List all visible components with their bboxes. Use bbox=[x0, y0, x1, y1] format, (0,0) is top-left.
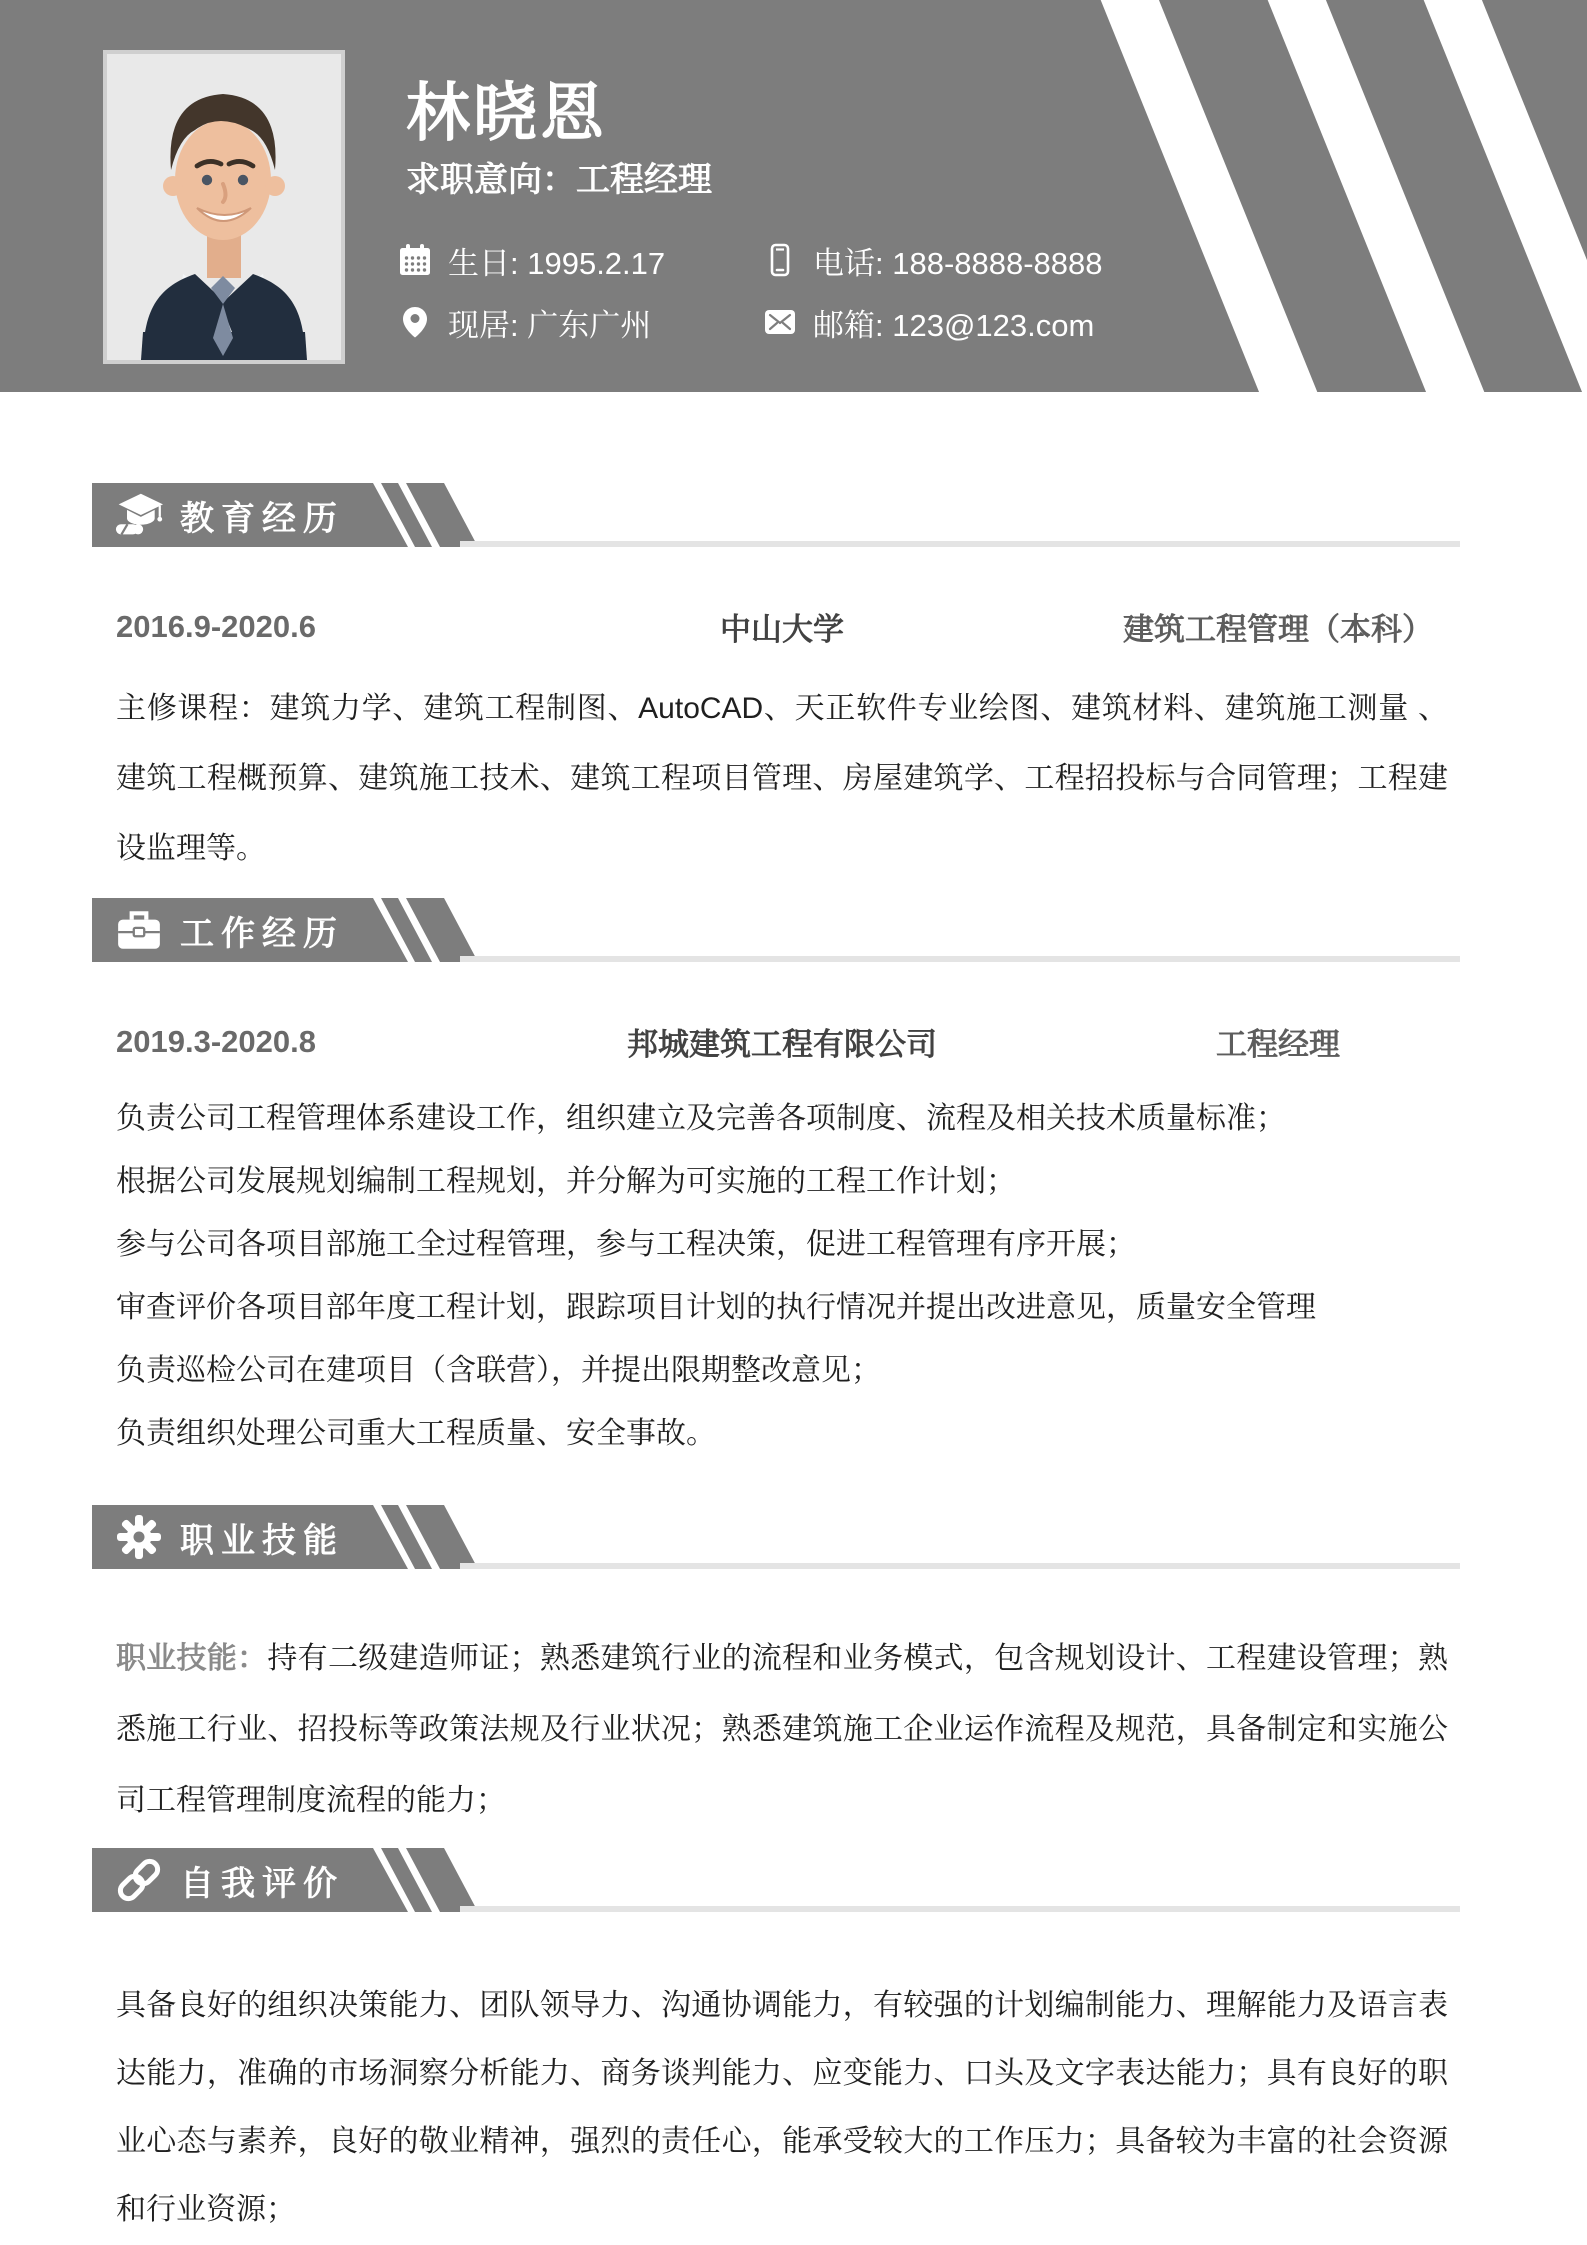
banner-shape: 工作经历 bbox=[92, 898, 408, 962]
contact-phone: 电话: 188-8888-8888 bbox=[763, 238, 1103, 282]
section-skills: 职业技能 职业技能：持有二级建造师证；熟悉建筑行业的流程和业务模式，包含规划设计… bbox=[0, 1505, 1587, 1836]
contact-text: 生日: 1995.2.17 bbox=[448, 238, 665, 283]
graduation-cap-icon bbox=[114, 490, 164, 540]
work-company: 邦城建筑工程有限公司 bbox=[456, 1019, 1108, 1064]
work-entry: 2019.3-2020.8 邦城建筑工程有限公司 工程经理 bbox=[116, 1019, 1587, 1063]
profile-photo bbox=[103, 50, 345, 364]
banner-shape: 教育经历 bbox=[92, 483, 408, 547]
education-entry: 2016.9-2020.6 中山大学 建筑工程管理（本科） bbox=[116, 604, 1587, 648]
contact-text: 电话: 188-8888-8888 bbox=[813, 238, 1103, 283]
section-self-evaluation: 自我评价 具备良好的组织决策能力、团队领导力、沟通协调能力，有较强的计划编制能力… bbox=[0, 1848, 1587, 2244]
portrait-illustration bbox=[107, 54, 341, 360]
banner-divider-line bbox=[460, 541, 1460, 547]
gear-icon bbox=[114, 1512, 164, 1562]
banner-divider-line bbox=[460, 1906, 1460, 1912]
work-banner: 工作经历 bbox=[92, 898, 1587, 962]
contact-location: 现居: 广东广州 bbox=[398, 300, 763, 344]
header: 林晓恩 求职意向：工程经理 生日: 1995.2.17 bbox=[0, 0, 1587, 392]
contact-email: 邮箱: 123@123.com bbox=[763, 300, 1103, 344]
section-title: 工作经历 bbox=[180, 906, 344, 955]
skills-text: 持有二级建造师证；熟悉建筑行业的流程和业务模式，包含规划设计、工程建设管理；熟悉… bbox=[116, 1642, 1448, 1817]
duty-item: 负责巡检公司在建项目（含联营），并提出限期整改意见； bbox=[116, 1339, 1587, 1402]
banner-shape: 职业技能 bbox=[92, 1505, 408, 1569]
briefcase-icon bbox=[114, 905, 164, 955]
duty-item: 根据公司发展规划编制工程规划，并分解为可实施的工程工作计划； bbox=[116, 1150, 1587, 1213]
skills-lead-label: 职业技能： bbox=[116, 1642, 267, 1675]
education-major: 建筑工程管理（本科） bbox=[1108, 604, 1448, 649]
candidate-name: 林晓恩 bbox=[406, 62, 607, 154]
section-education: 教育经历 2016.9-2020.6 中山大学 建筑工程管理（本科） 主修课程：… bbox=[0, 483, 1587, 884]
duty-item: 审查评价各项目部年度工程计划，跟踪项目计划的执行情况并提出改进意见，质量安全管理 bbox=[116, 1276, 1587, 1339]
duty-item: 负责公司工程管理体系建设工作，组织建立及完善各项制度、流程及相关技术质量标准； bbox=[116, 1087, 1587, 1150]
work-title: 工程经理 bbox=[1108, 1019, 1448, 1064]
education-period: 2016.9-2020.6 bbox=[116, 609, 456, 645]
self-evaluation-banner: 自我评价 bbox=[92, 1848, 1587, 1912]
calendar-icon bbox=[398, 243, 432, 277]
link-icon bbox=[114, 1855, 164, 1905]
email-icon bbox=[763, 305, 797, 339]
work-period: 2019.3-2020.8 bbox=[116, 1024, 456, 1060]
section-title: 职业技能 bbox=[180, 1513, 344, 1562]
self-evaluation-paragraph: 具备良好的组织决策能力、团队领导力、沟通协调能力，有较强的计划编制能力、理解能力… bbox=[116, 1972, 1448, 2244]
duty-item: 负责组织处理公司重大工程质量、安全事故。 bbox=[116, 1402, 1587, 1465]
education-school: 中山大学 bbox=[456, 604, 1108, 649]
skills-paragraph: 职业技能：持有二级建造师证；熟悉建筑行业的流程和业务模式，包含规划设计、工程建设… bbox=[116, 1623, 1448, 1836]
resume-page: 林晓恩 求职意向：工程经理 生日: 1995.2.17 bbox=[0, 0, 1587, 2245]
contact-grid: 生日: 1995.2.17 电话: 188-8888-8888 现居: 广东广州 bbox=[398, 238, 1103, 344]
duty-item: 参与公司各项目部施工全过程管理，参与工程决策，促进工程管理有序开展； bbox=[116, 1213, 1587, 1276]
location-icon bbox=[398, 305, 432, 339]
section-title: 教育经历 bbox=[180, 491, 344, 540]
education-courses: 主修课程：建筑力学、建筑工程制图、AutoCAD、天正软件专业绘图、建筑材料、建… bbox=[116, 674, 1448, 884]
phone-icon bbox=[763, 243, 797, 277]
section-work: 工作经历 2019.3-2020.8 邦城建筑工程有限公司 工程经理 负责公司工… bbox=[0, 898, 1587, 1465]
contact-birthday: 生日: 1995.2.17 bbox=[398, 238, 763, 282]
contact-text: 邮箱: 123@123.com bbox=[813, 300, 1094, 345]
resume-body: 教育经历 2016.9-2020.6 中山大学 建筑工程管理（本科） 主修课程：… bbox=[0, 483, 1587, 2244]
education-banner: 教育经历 bbox=[92, 483, 1587, 547]
banner-shape: 自我评价 bbox=[92, 1848, 408, 1912]
work-duties: 负责公司工程管理体系建设工作，组织建立及完善各项制度、流程及相关技术质量标准； … bbox=[0, 1087, 1587, 1465]
section-title: 自我评价 bbox=[180, 1856, 344, 1905]
banner-divider-line bbox=[460, 1563, 1460, 1569]
contact-text: 现居: 广东广州 bbox=[448, 300, 651, 345]
skills-banner: 职业技能 bbox=[92, 1505, 1587, 1569]
job-intention: 求职意向：工程经理 bbox=[406, 152, 712, 201]
banner-divider-line bbox=[460, 956, 1460, 962]
